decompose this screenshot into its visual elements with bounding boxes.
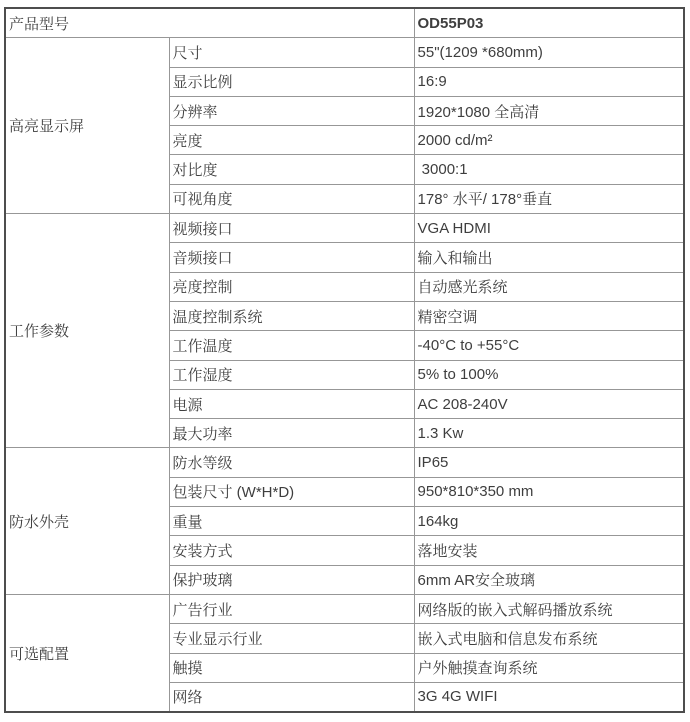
spec-label: 安装方式 — [169, 536, 414, 565]
spec-label: 亮度控制 — [169, 272, 414, 301]
spec-value: 落地安装 — [414, 536, 684, 565]
spec-value: 1920*1080 全高清 — [414, 96, 684, 125]
table-row: 工作参数 视频接口 VGA HDMI — [5, 214, 684, 243]
section-name-optional-config: 可选配置 — [5, 594, 169, 712]
product-spec-table: 产品型号 OD55P03 高亮显示屏 尺寸 55"(1209 *680mm) 显… — [4, 7, 685, 713]
spec-value: 5% to 100% — [414, 360, 684, 389]
spec-value: 户外触摸查询系统 — [414, 653, 684, 682]
spec-label: 工作湿度 — [169, 360, 414, 389]
spec-value: 2000 cd/m² — [414, 126, 684, 155]
spec-value: VGA HDMI — [414, 214, 684, 243]
spec-value: 嵌入式电脑和信息发布系统 — [414, 624, 684, 653]
model-label: 产品型号 — [5, 8, 414, 38]
model-value: OD55P03 — [414, 8, 684, 38]
spec-value: 6mm AR安全玻璃 — [414, 565, 684, 594]
product-spec-page: 产品型号 OD55P03 高亮显示屏 尺寸 55"(1209 *680mm) 显… — [0, 0, 690, 722]
section-name-waterproof-housing: 防水外壳 — [5, 448, 169, 594]
spec-label: 对比度 — [169, 155, 414, 184]
spec-value: 16:9 — [414, 67, 684, 96]
spec-label: 视频接口 — [169, 214, 414, 243]
spec-label: 工作温度 — [169, 331, 414, 360]
table-row: 可选配置 广告行业 网络版的嵌入式解码播放系统 — [5, 594, 684, 623]
spec-value: 自动感光系统 — [414, 272, 684, 301]
spec-label: 重量 — [169, 507, 414, 536]
spec-value: IP65 — [414, 448, 684, 477]
spec-label: 尺寸 — [169, 38, 414, 67]
table-row: 高亮显示屏 尺寸 55"(1209 *680mm) — [5, 38, 684, 67]
spec-label: 专业显示行业 — [169, 624, 414, 653]
spec-label: 触摸 — [169, 653, 414, 682]
spec-label: 分辨率 — [169, 96, 414, 125]
spec-value: AC 208-240V — [414, 389, 684, 418]
spec-label: 温度控制系统 — [169, 301, 414, 330]
spec-value: -40°C to +55°C — [414, 331, 684, 360]
spec-value: 3G 4G WIFI — [414, 682, 684, 712]
spec-label: 音频接口 — [169, 243, 414, 272]
spec-label: 最大功率 — [169, 419, 414, 448]
spec-value: 3000:1 — [414, 155, 684, 184]
spec-value: 输入和输出 — [414, 243, 684, 272]
section-name-display: 高亮显示屏 — [5, 38, 169, 214]
spec-label: 包装尺寸 (W*H*D) — [169, 477, 414, 506]
spec-value: 178° 水平/ 178°垂直 — [414, 184, 684, 213]
spec-label: 亮度 — [169, 126, 414, 155]
spec-label: 可视角度 — [169, 184, 414, 213]
spec-label: 显示比例 — [169, 67, 414, 96]
section-name-working-params: 工作参数 — [5, 214, 169, 448]
spec-value: 950*810*350 mm — [414, 477, 684, 506]
spec-value: 精密空调 — [414, 301, 684, 330]
spec-value: 1.3 Kw — [414, 419, 684, 448]
spec-value: 55"(1209 *680mm) — [414, 38, 684, 67]
spec-label: 防水等级 — [169, 448, 414, 477]
spec-value: 164kg — [414, 507, 684, 536]
table-row: 防水外壳 防水等级 IP65 — [5, 448, 684, 477]
table-row-model: 产品型号 OD55P03 — [5, 8, 684, 38]
spec-label: 电源 — [169, 389, 414, 418]
spec-label: 保护玻璃 — [169, 565, 414, 594]
spec-value: 网络版的嵌入式解码播放系统 — [414, 594, 684, 623]
spec-label: 广告行业 — [169, 594, 414, 623]
spec-label: 网络 — [169, 682, 414, 712]
